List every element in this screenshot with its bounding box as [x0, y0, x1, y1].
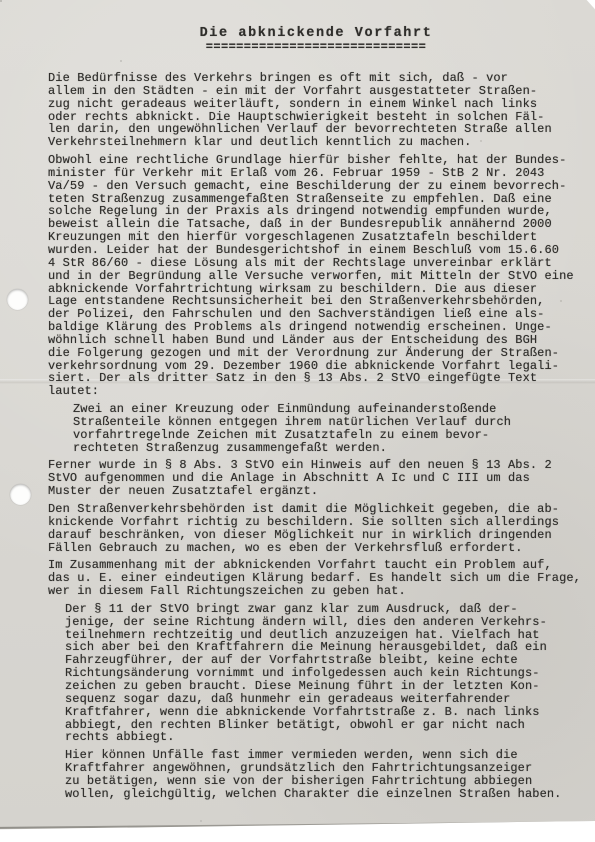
paragraph-conclusion: Hier können Unfälle fast immer vermieden… [65, 749, 584, 800]
paragraph-intro: Die Bedürfnisse des Verkehrs bringen es … [48, 72, 584, 149]
scanned-paper: Die abknickende Vorfahrt ===============… [0, 0, 595, 842]
paragraph-par11: Der § 11 der StVO bringt zwar ganz klar … [65, 603, 584, 744]
paragraph-behoerden: Den Straßenverkehrsbehörden ist damit di… [48, 503, 584, 554]
document-body: Die abknickende Vorfahrt ===============… [48, 26, 584, 806]
punch-hole-top [7, 289, 28, 310]
title-underline: ============================= [48, 41, 584, 53]
page-title: Die abknickende Vorfahrt [48, 26, 584, 41]
paragraph-legal-history: Obwohl eine rechtliche Grundlage hierfür… [48, 154, 584, 398]
paragraph-problem: Im Zusammenhang mit der abknickenden Vor… [48, 559, 584, 598]
scan-noise-specks [0, 0, 2, 2]
paragraph-ferner: Ferner wurde in § 8 Abs. 3 StVO ein Hinw… [48, 459, 584, 498]
punch-hole-bottom [10, 484, 31, 505]
blockquote-stvo-text: Zwei an einer Kreuzung oder Einmündung a… [73, 403, 584, 454]
paper-bottom-edge [0, 821, 595, 829]
